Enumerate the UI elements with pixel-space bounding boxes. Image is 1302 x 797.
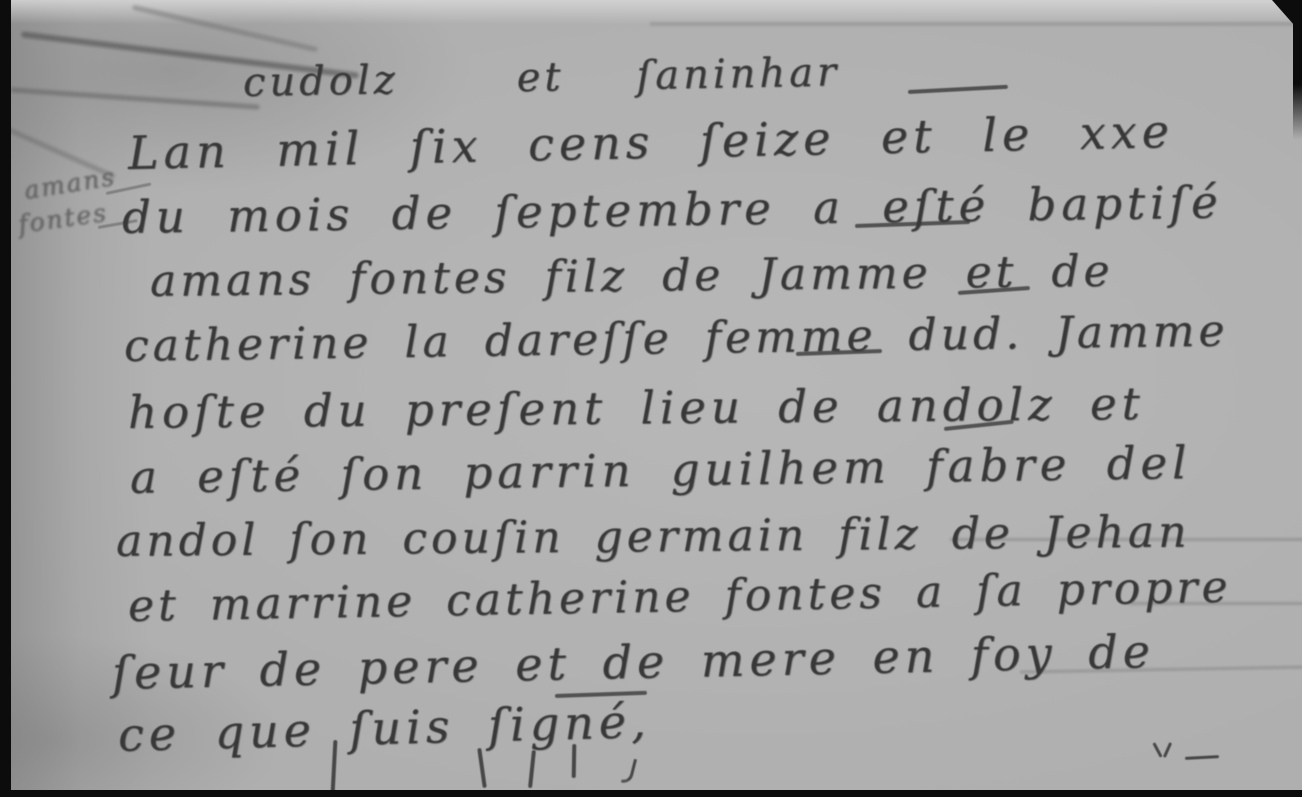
manuscript-line: andol ſon couſin germain filz de Jehan	[116, 507, 1191, 567]
ink-stroke	[1185, 755, 1219, 760]
scan-streak	[650, 22, 1300, 26]
manuscript-line: Lan mil ſix cens ſeize et le xxe	[127, 104, 1174, 180]
ink-stroke	[477, 748, 486, 788]
ink-flourish	[908, 85, 1008, 94]
manuscript-line: du mois de ſeptembre a eſté baptiſé	[122, 176, 1223, 244]
scanned-page: cudolzetſaninhar amans fontes Lan mil ſi…	[0, 0, 1302, 797]
heading-word: ſaninhar	[636, 50, 840, 100]
manuscript-line: amans fontes filz de Jamme et de	[150, 246, 1114, 307]
scan-border-left	[0, 0, 11, 797]
record-heading: cudolzetſaninhar	[243, 50, 841, 106]
heading-word: et	[516, 54, 565, 101]
manuscript-line: hoſte du preſent lieu de andolz et	[128, 377, 1145, 439]
heading-word: cudolz	[243, 57, 399, 106]
manuscript-line: catherine la dareſſe femme dud. Jamme	[124, 306, 1229, 372]
torn-paper-edge	[132, 5, 318, 53]
manuscript-line: et marrine catherine fontes a ſa propre	[128, 562, 1232, 632]
ink-stroke	[1163, 742, 1172, 758]
scan-border-bottom	[0, 790, 1302, 797]
manuscript-line: ſeur de pere et de mere en foy de	[111, 624, 1155, 700]
ink-stroke	[528, 750, 535, 788]
manuscript-paper: cudolzetſaninhar amans fontes Lan mil ſi…	[10, 0, 1302, 790]
ink-stroke	[572, 744, 576, 778]
scan-border-corner	[1272, 0, 1302, 34]
ink-stroke	[621, 757, 637, 785]
manuscript-line: a eſté ſon parrin guilhem fabre del	[130, 436, 1192, 504]
ink-stroke	[1152, 742, 1162, 758]
torn-paper-edge	[10, 87, 260, 109]
